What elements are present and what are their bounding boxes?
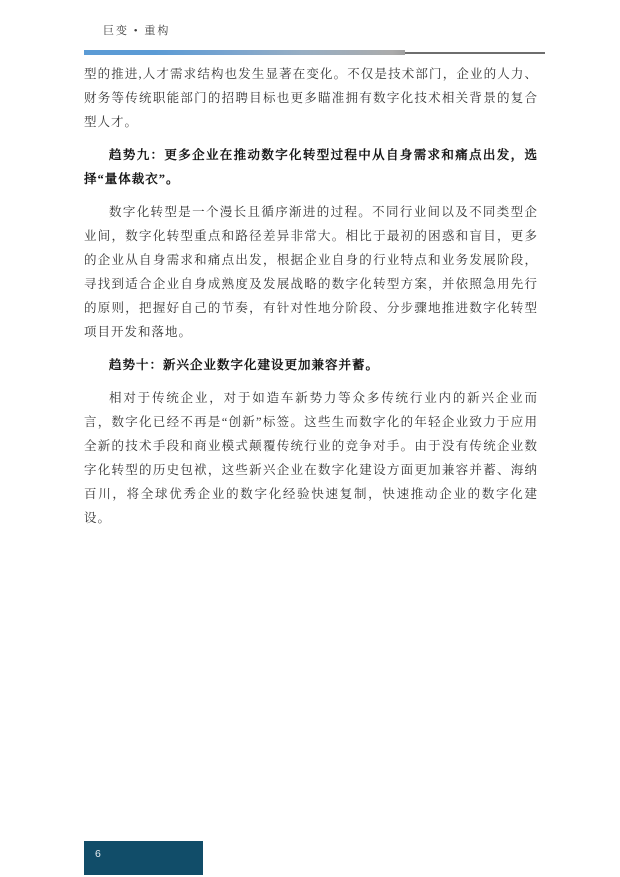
header-rule (84, 50, 545, 57)
header-gradient-bar (84, 50, 405, 55)
header-rule-line (405, 52, 545, 54)
document-page: 巨变 • 重构 型的推进,人才需求结构也发生显著在变化。不仅是技术部门，企业的人… (0, 0, 620, 877)
section-heading-trend-ten: 趋势十：新兴企业数字化建设更加兼容并蓄。 (84, 353, 538, 377)
section-heading-trend-nine: 趋势九：更多企业在推动数字化转型过程中从自身需求和痛点出发，选择“量体裁衣”。 (84, 143, 538, 191)
body-text: 型的推进,人才需求结构也发生显著在变化。不仅是技术部门，企业的人力、财务等传统职… (84, 62, 538, 530)
paragraph: 型的推进,人才需求结构也发生显著在变化。不仅是技术部门，企业的人力、财务等传统职… (84, 62, 538, 134)
page-number: 6 (95, 848, 101, 860)
header-title: 巨变 • 重构 (103, 22, 170, 38)
paragraph: 数字化转型是一个漫长且循序渐进的过程。不同行业间以及不同类型企业间，数字化转型重… (84, 200, 538, 344)
paragraph: 相对于传统企业，对于如造车新势力等众多传统行业内的新兴企业而言，数字化已经不再是… (84, 386, 538, 530)
page-number-box: 6 (84, 841, 203, 875)
